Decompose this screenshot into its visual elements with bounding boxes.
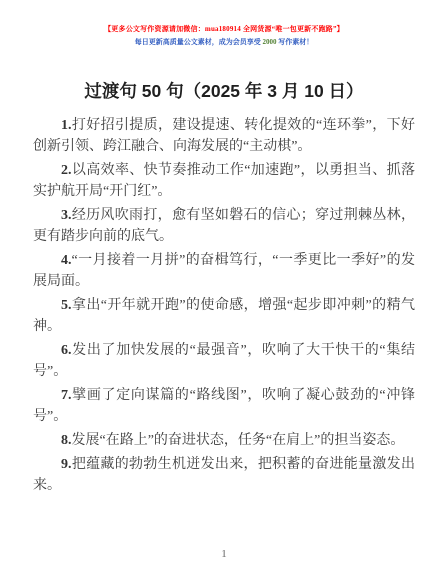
item-text: 拿出“开年就开跑”的使命感，增强“起步即冲刺”的精气神。 bbox=[33, 298, 415, 334]
item-number: 6. bbox=[61, 343, 72, 358]
item-number: 9. bbox=[61, 457, 72, 472]
list-item: 6.发出了加快发展的“最强音”，吹响了大干快干的“集结号”。 bbox=[33, 340, 415, 382]
promo-line-blue-prefix: 每日更新高质量公文素材，成为会员享受 bbox=[135, 38, 263, 46]
item-number: 4. bbox=[61, 253, 72, 268]
item-text: 把蕴藏的勃勃生机迸发出来，把积蓄的奋进能量激发出来。 bbox=[33, 457, 415, 493]
item-text: 发出了加快发展的“最强音”，吹响了大干快干的“集结号”。 bbox=[33, 343, 415, 379]
item-number: 5. bbox=[61, 298, 72, 313]
list-item: 5.拿出“开年就开跑”的使命感，增强“起步即冲刺”的精气神。 bbox=[33, 295, 415, 337]
page-number: 1 bbox=[0, 548, 448, 560]
promo-count: 2000 bbox=[263, 38, 277, 46]
document-body: 1.打好招引提质，建设提速、转化提效的“连环拳”，下好创新引领、跨江融合、向海发… bbox=[0, 115, 448, 496]
list-item: 3.经历风吹雨打，愈有坚如磐石的信心；穿过荆棘丛林，更有踏步向前的底气。 bbox=[33, 205, 415, 247]
item-number: 2. bbox=[61, 163, 72, 178]
promo-header: 【更多公文写作资源请加微信：mua180914 全网货源“唯一包更新不跑路”】 … bbox=[0, 0, 448, 47]
promo-line-blue: 每日更新高质量公文素材，成为会员享受 2000 写作素材！ bbox=[0, 38, 448, 47]
item-number: 3. bbox=[61, 208, 72, 223]
page-title: 过渡句 50 句（2025 年 3 月 10 日） bbox=[20, 78, 428, 103]
list-item: 9.把蕴藏的勃勃生机迸发出来，把积蓄的奋进能量激发出来。 bbox=[33, 454, 415, 496]
list-item: 8.发展“在路上”的奋进状态，任务“在肩上”的担当姿态。 bbox=[33, 430, 415, 451]
list-item: 2.以高效率、快节奏推动工作“加速跑”，以勇担当、抓落实护航开局“开门红”。 bbox=[33, 160, 415, 202]
list-item: 1.打好招引提质，建设提速、转化提效的“连环拳”，下好创新引领、跨江融合、向海发… bbox=[33, 115, 415, 157]
list-item: 4.“一月接着一月拼”的奋楫笃行，“一季更比一季好”的发展局面。 bbox=[33, 250, 415, 292]
list-item: 7.擘画了定向谋篇的“路线图”，吹响了凝心鼓劲的“冲锋号”。 bbox=[33, 385, 415, 427]
item-text: 打好招引提质，建设提速、转化提效的“连环拳”，下好创新引领、跨江融合、向海发展的… bbox=[33, 118, 415, 154]
item-text: 发展“在路上”的奋进状态，任务“在肩上”的担当姿态。 bbox=[72, 433, 405, 448]
item-text: 以高效率、快节奏推动工作“加速跑”，以勇担当、抓落实护航开局“开门红”。 bbox=[33, 163, 415, 199]
promo-line-red: 【更多公文写作资源请加微信：mua180914 全网货源“唯一包更新不跑路”】 bbox=[0, 25, 448, 34]
item-text: 经历风吹雨打，愈有坚如磐石的信心；穿过荆棘丛林，更有踏步向前的底气。 bbox=[33, 208, 415, 244]
document-page: 【更多公文写作资源请加微信：mua180914 全网货源“唯一包更新不跑路”】 … bbox=[0, 0, 448, 580]
item-text: “一月接着一月拼”的奋楫笃行，“一季更比一季好”的发展局面。 bbox=[33, 253, 415, 289]
item-number: 8. bbox=[61, 433, 72, 448]
item-text: 擘画了定向谋篇的“路线图”，吹响了凝心鼓劲的“冲锋号”。 bbox=[33, 388, 415, 424]
item-number: 7. bbox=[61, 388, 72, 403]
item-number: 1. bbox=[61, 118, 72, 133]
promo-line-blue-suffix: 写作素材！ bbox=[277, 38, 314, 46]
